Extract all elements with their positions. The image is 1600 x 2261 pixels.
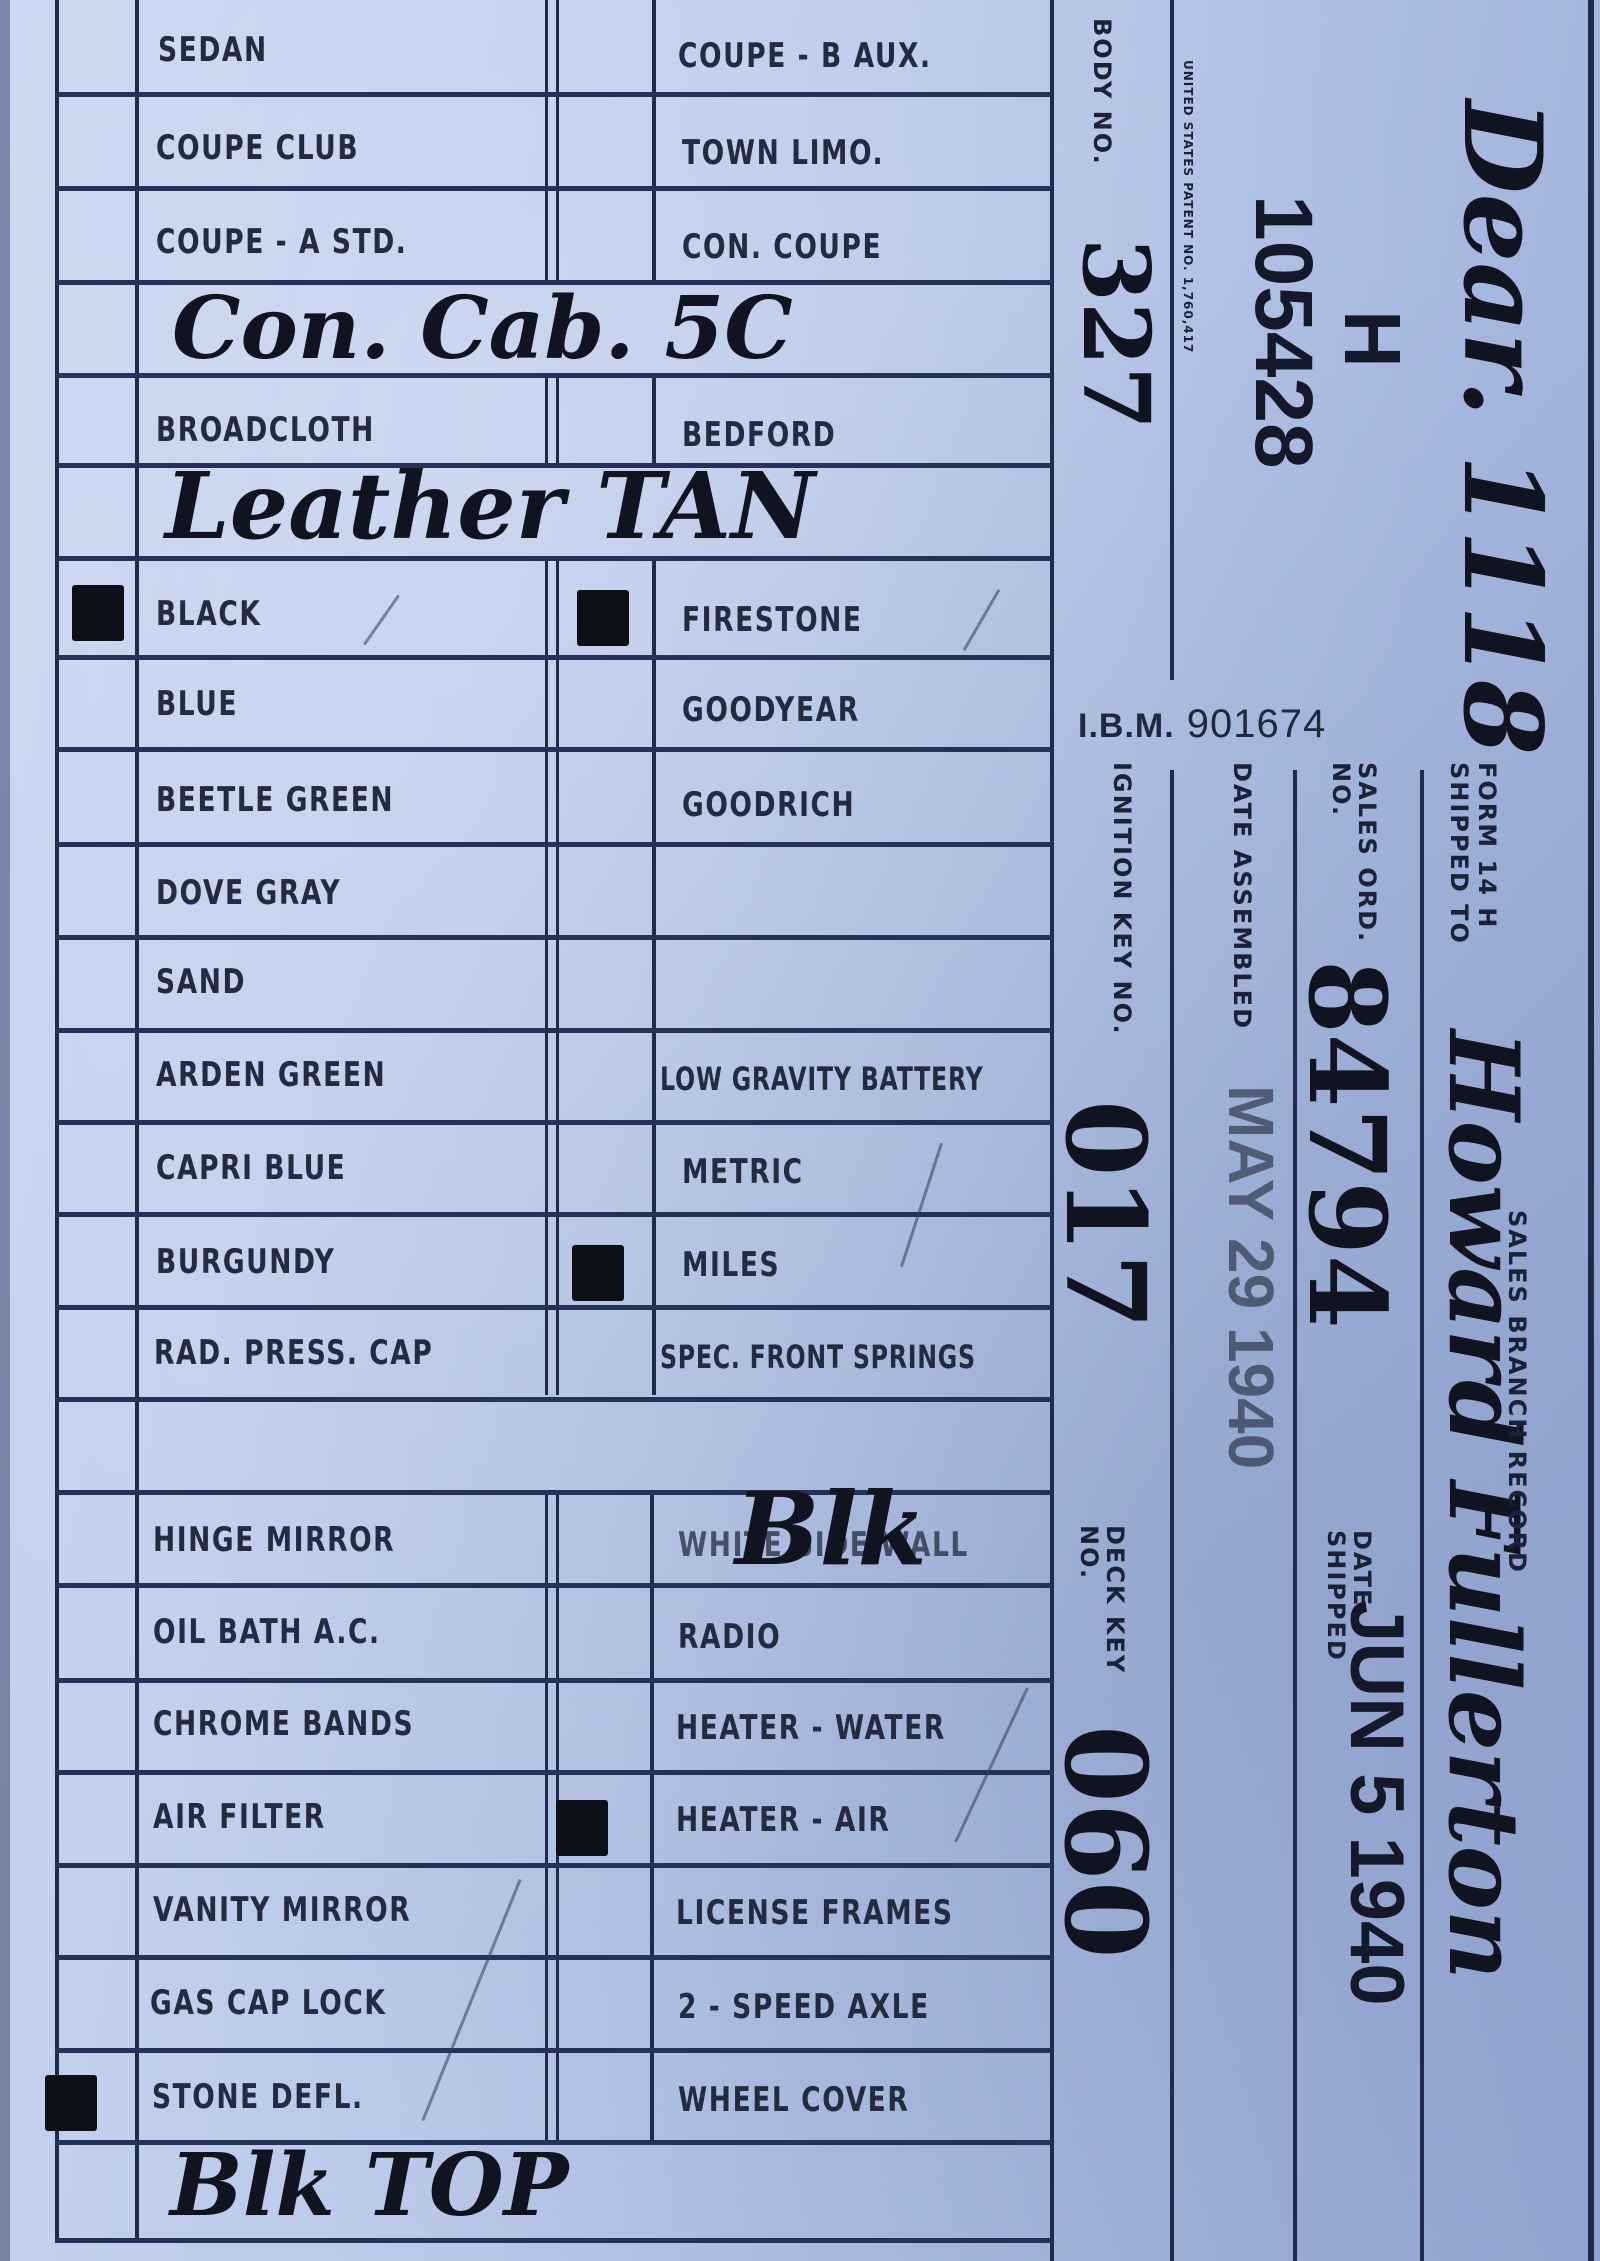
checkbox-black-marked[interactable] bbox=[72, 585, 124, 641]
row-divider bbox=[55, 1397, 1052, 1402]
right-check-divider-4 bbox=[650, 1490, 654, 2145]
option-low-gravity-battery: LOW GRAVITY BATTERY bbox=[660, 1060, 984, 1098]
mid-divider-a4 bbox=[545, 1490, 548, 2145]
label-date-assembled: DATE ASSEMBLED bbox=[1229, 762, 1255, 1062]
pencil-check-icon bbox=[363, 595, 400, 646]
option-town-limo: TOWN LIMO. bbox=[682, 133, 884, 173]
deck-key-value: 060 bbox=[1039, 1725, 1170, 1959]
handwritten-tire-note: Blk bbox=[735, 1470, 927, 1588]
card-border-right bbox=[1588, 0, 1594, 2261]
option-firestone: FIRESTONE bbox=[682, 600, 863, 640]
row-divider bbox=[55, 1770, 1052, 1775]
label-ignition-key-no: IGNITION KEY NO. bbox=[1109, 762, 1135, 1062]
mid-divider-b1 bbox=[556, 0, 559, 282]
label-deck-key-no: DECK KEY NO. bbox=[1076, 1525, 1128, 1675]
option-heater-water: HEATER - WATER bbox=[676, 1708, 946, 1748]
ibm-value: 901674 bbox=[1187, 702, 1326, 746]
pencil-check-icon bbox=[421, 1879, 521, 2121]
checkbox-heater-air-marked[interactable] bbox=[556, 1800, 608, 1856]
row-divider bbox=[55, 186, 1052, 191]
row-divider bbox=[55, 842, 1052, 847]
option-sand: SAND bbox=[156, 962, 246, 1002]
option-goodyear: GOODYEAR bbox=[682, 690, 860, 730]
option-bedford: BEDFORD bbox=[682, 415, 836, 455]
option-dove-gray: DOVE GRAY bbox=[156, 873, 341, 913]
option-gas-cap-lock: GAS CAP LOCK bbox=[150, 1983, 387, 2023]
option-vanity-mirror: VANITY MIRROR bbox=[153, 1890, 411, 1930]
row-divider bbox=[55, 935, 1052, 940]
ibm-prefix: I.B.M. bbox=[1078, 707, 1175, 745]
row-divider bbox=[55, 747, 1052, 752]
pencil-check-icon bbox=[954, 1687, 1029, 1842]
option-capri-blue: CAPRI BLUE bbox=[156, 1148, 346, 1188]
option-chrome-bands: CHROME BANDS bbox=[153, 1704, 414, 1744]
handwritten-body-style: Con. Cab. 5C bbox=[172, 278, 793, 379]
row-divider bbox=[55, 2048, 1052, 2053]
label-form-number: FORM 14 H bbox=[1474, 762, 1500, 929]
option-heater-air: HEATER - AIR bbox=[676, 1800, 890, 1840]
handwritten-top-color: Blk TOP bbox=[170, 2135, 568, 2236]
option-coupe-b-aux: COUPE - B AUX. bbox=[678, 36, 932, 76]
row-divider bbox=[55, 1212, 1052, 1217]
option-coupe-club: COUPE CLUB bbox=[156, 128, 359, 168]
checkbox-stone-defl-marked[interactable] bbox=[45, 2075, 97, 2131]
serial-letter: H bbox=[1326, 310, 1418, 368]
row-divider bbox=[55, 1120, 1052, 1125]
checkbox-firestone-marked[interactable] bbox=[577, 590, 629, 646]
option-air-filter: AIR FILTER bbox=[153, 1797, 326, 1837]
pencil-check-icon bbox=[900, 1143, 943, 1268]
option-sedan: SEDAN bbox=[158, 30, 268, 70]
label-sales-branch-record: SALES BRANCH RECORD bbox=[1504, 1210, 1530, 1574]
handwritten-upholstery: Leather TAN bbox=[165, 452, 815, 560]
sales-ord-value: 84794 bbox=[1285, 960, 1410, 1329]
label-shipped-to: SHIPPED TO bbox=[1446, 762, 1472, 945]
card-edge-shadow bbox=[0, 0, 10, 2261]
row-divider bbox=[55, 1028, 1052, 1033]
row-divider bbox=[55, 655, 1052, 660]
option-broadcloth: BROADCLOTH bbox=[156, 410, 375, 450]
option-hinge-mirror: HINGE MIRROR bbox=[153, 1520, 395, 1560]
pencil-check-icon bbox=[963, 589, 1001, 651]
sales-record-card: SEDAN COUPE - B AUX. COUPE CLUB TOWN LIM… bbox=[0, 0, 1600, 2261]
mid-divider-a3 bbox=[545, 558, 548, 1395]
right-check-divider-3 bbox=[652, 558, 656, 1395]
option-spec-front-springs: SPEC. FRONT SPRINGS bbox=[660, 1338, 976, 1376]
option-burgundy: BURGUNDY bbox=[156, 1242, 335, 1282]
row-divider bbox=[55, 92, 1052, 97]
checkbox-miles-marked[interactable] bbox=[572, 1245, 624, 1301]
option-con-coupe: CON. COUPE bbox=[682, 227, 882, 267]
body-no-value: 327 bbox=[1062, 238, 1170, 430]
option-wheel-cover: WHEEL COVER bbox=[678, 2080, 909, 2120]
label-body-no: BODY NO. bbox=[1089, 18, 1115, 166]
option-2-speed-axle: 2 - SPEED AXLE bbox=[678, 1987, 930, 2027]
assembled-divider bbox=[1170, 770, 1174, 2261]
option-blue: BLUE bbox=[156, 684, 238, 724]
date-assembled-value: MAY 29 1940 bbox=[1214, 1085, 1288, 1469]
row-divider bbox=[55, 1955, 1052, 1960]
option-goodrich: GOODRICH bbox=[682, 785, 855, 825]
option-oil-bath-ac: OIL BATH A.C. bbox=[153, 1612, 381, 1652]
row-divider bbox=[55, 1863, 1052, 1868]
option-coupe-a-std: COUPE - A STD. bbox=[156, 222, 407, 262]
option-radio: RADIO bbox=[678, 1617, 781, 1657]
label-sales-ord-no: SALES ORD. NO. bbox=[1328, 762, 1380, 992]
shipped-to-divider bbox=[1420, 770, 1424, 2261]
ibm-number: I.B.M. 901674 bbox=[1078, 702, 1326, 747]
option-rad-press-cap: RAD. PRESS. CAP bbox=[154, 1333, 433, 1373]
option-miles: MILES bbox=[682, 1245, 780, 1285]
option-black: BLACK bbox=[156, 594, 261, 634]
dealer-note: Dear. 1118 bbox=[1439, 100, 1565, 755]
date-shipped-value: JUN 5 1940 bbox=[1333, 1600, 1420, 2006]
row-divider bbox=[55, 2238, 1052, 2243]
option-license-frames: LICENSE FRAMES bbox=[676, 1893, 953, 1933]
serial-number: 105428 bbox=[1236, 195, 1330, 469]
option-metric: METRIC bbox=[682, 1152, 804, 1192]
ignition-key-value: 017 bbox=[1041, 1100, 1170, 1330]
option-stone-defl: STONE DEFL. bbox=[152, 2077, 364, 2117]
patent-divider bbox=[1170, 0, 1174, 680]
option-beetle-green: BEETLE GREEN bbox=[156, 780, 394, 820]
option-arden-green: ARDEN GREEN bbox=[156, 1055, 386, 1095]
row-divider bbox=[55, 1305, 1052, 1310]
mid-divider-a1 bbox=[545, 0, 548, 282]
mid-divider-b3 bbox=[556, 558, 559, 1395]
patent-number-text: UNITED STATES PATENT NO. 1,760,417 bbox=[1181, 60, 1195, 353]
right-check-divider-1 bbox=[652, 0, 656, 282]
row-divider bbox=[55, 1678, 1052, 1683]
